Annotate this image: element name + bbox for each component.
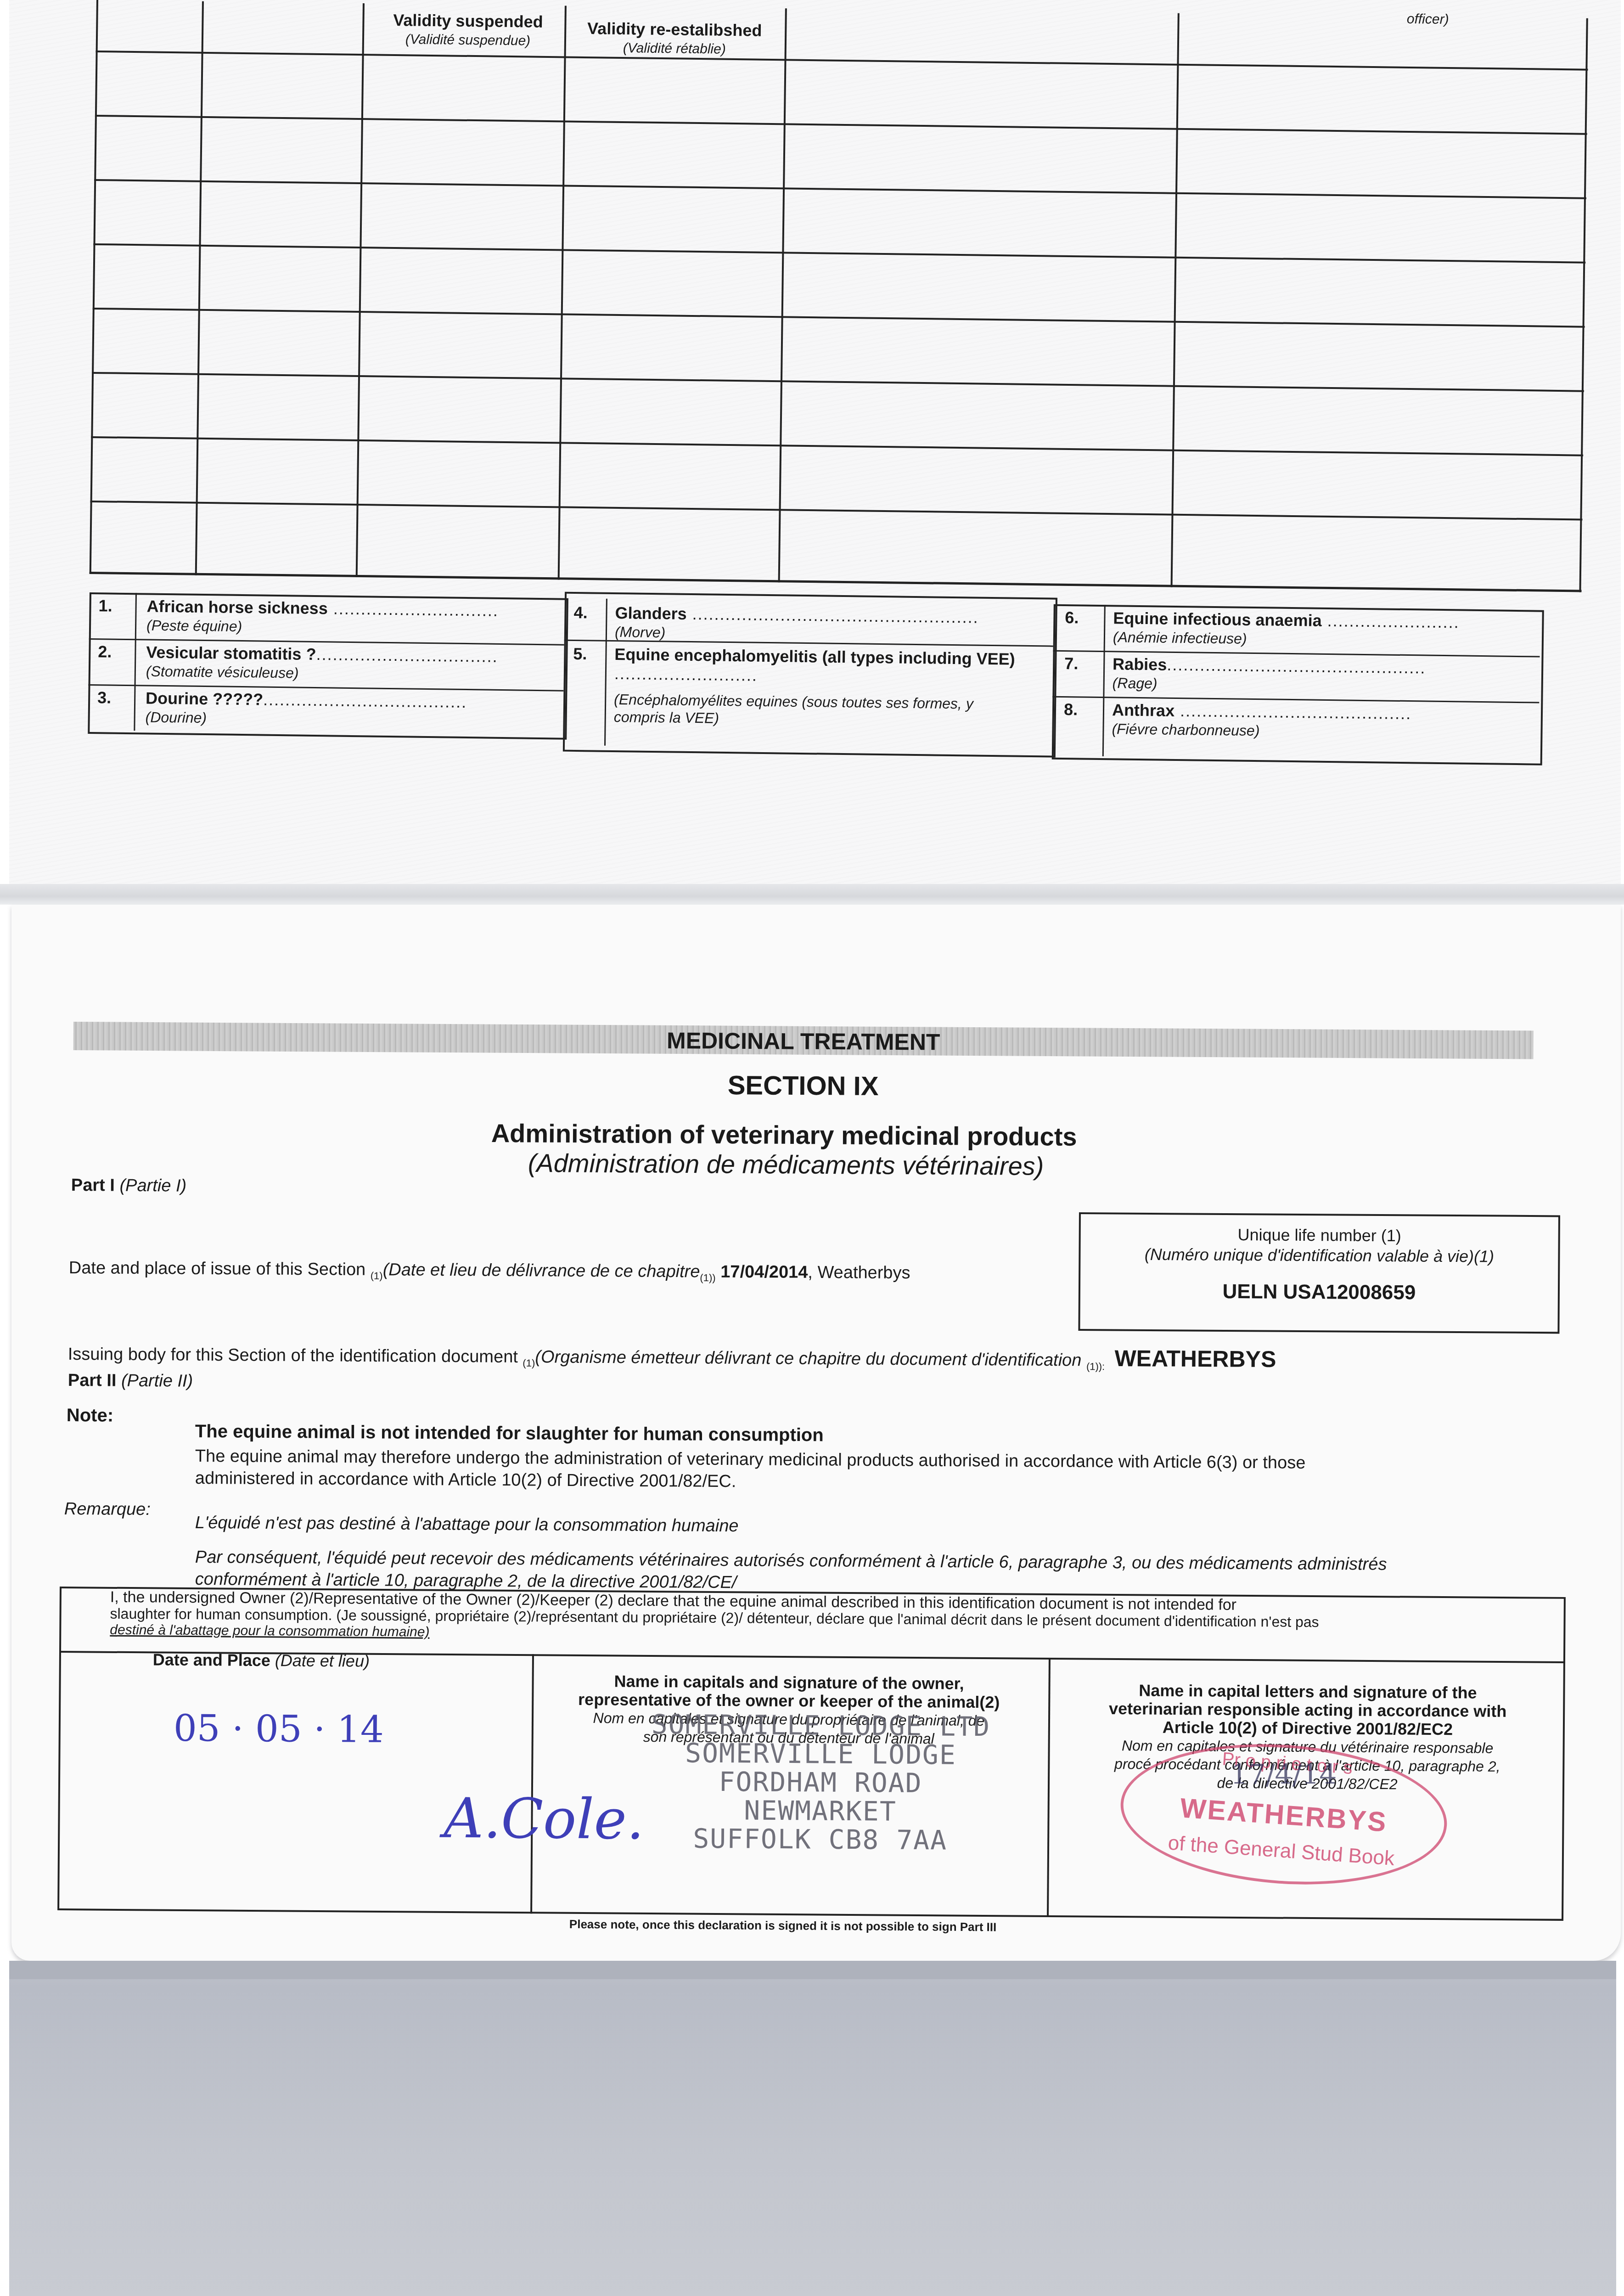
disease-3: Dourine ?????...........................… <box>146 689 467 712</box>
disease-list: 1. African horse sickness ..............… <box>87 592 1558 822</box>
header-validity-suspended: Validity suspended(Validité suspendue) <box>371 10 565 51</box>
header-officer: officer) <box>1336 9 1519 30</box>
section-title: Administration of veterinary medicinal p… <box>491 1118 1077 1152</box>
owner-stamp: SOMERVILLE LODGE LTD SOMERVILLE LODGE FO… <box>590 1710 1051 1855</box>
header-validity-reestablished: Validity re-estalibshed(Validité rétabli… <box>573 19 776 60</box>
ueln-box: Unique life number (1) (Numéro unique d'… <box>1078 1212 1560 1334</box>
declaration-line-3: destiné à l'abattage pour la consommatio… <box>110 1622 429 1641</box>
issuing-body: WEATHERBYS <box>1114 1345 1276 1372</box>
disease-5: Equine encephalomyelitis (all types incl… <box>614 645 1028 688</box>
note-bold: The equine animal is not intended for sl… <box>195 1421 824 1446</box>
date-place-header: Date and Place (Date et lieu) <box>119 1650 404 1671</box>
footnote: Please note, once this declaration is si… <box>569 1917 997 1934</box>
vet-signature-date: 17/4/14 <box>1231 1759 1337 1791</box>
part-1-label: Part I (Partie I) <box>71 1176 187 1196</box>
note-label: Note: <box>67 1405 113 1426</box>
note-text-2: administered in accordance with Article … <box>195 1469 736 1491</box>
ueln-value: UELN USA12008659 <box>1080 1279 1558 1305</box>
section-number: SECTION IX <box>728 1070 879 1102</box>
issue-date: 17/04/2014 <box>720 1262 808 1282</box>
page-fold <box>0 884 1624 905</box>
remarque-1: L'équidé n'est pas destiné à l'abattage … <box>195 1513 739 1536</box>
validity-table: Validity suspended(Validité suspendue) V… <box>90 0 1589 592</box>
disease-7: Rabies..................................… <box>1113 654 1426 677</box>
part-2-label: Part II (Partie II) <box>68 1371 193 1391</box>
scanner-background <box>9 1961 1616 2296</box>
disease-8: Anthrax ................................… <box>1112 700 1412 723</box>
handwritten-date: 05 · 05 · 14 <box>174 1707 384 1751</box>
remarque-label: Remarque: <box>64 1499 151 1519</box>
section-title-fr: (Administration de médicaments vétérinai… <box>528 1148 1044 1181</box>
